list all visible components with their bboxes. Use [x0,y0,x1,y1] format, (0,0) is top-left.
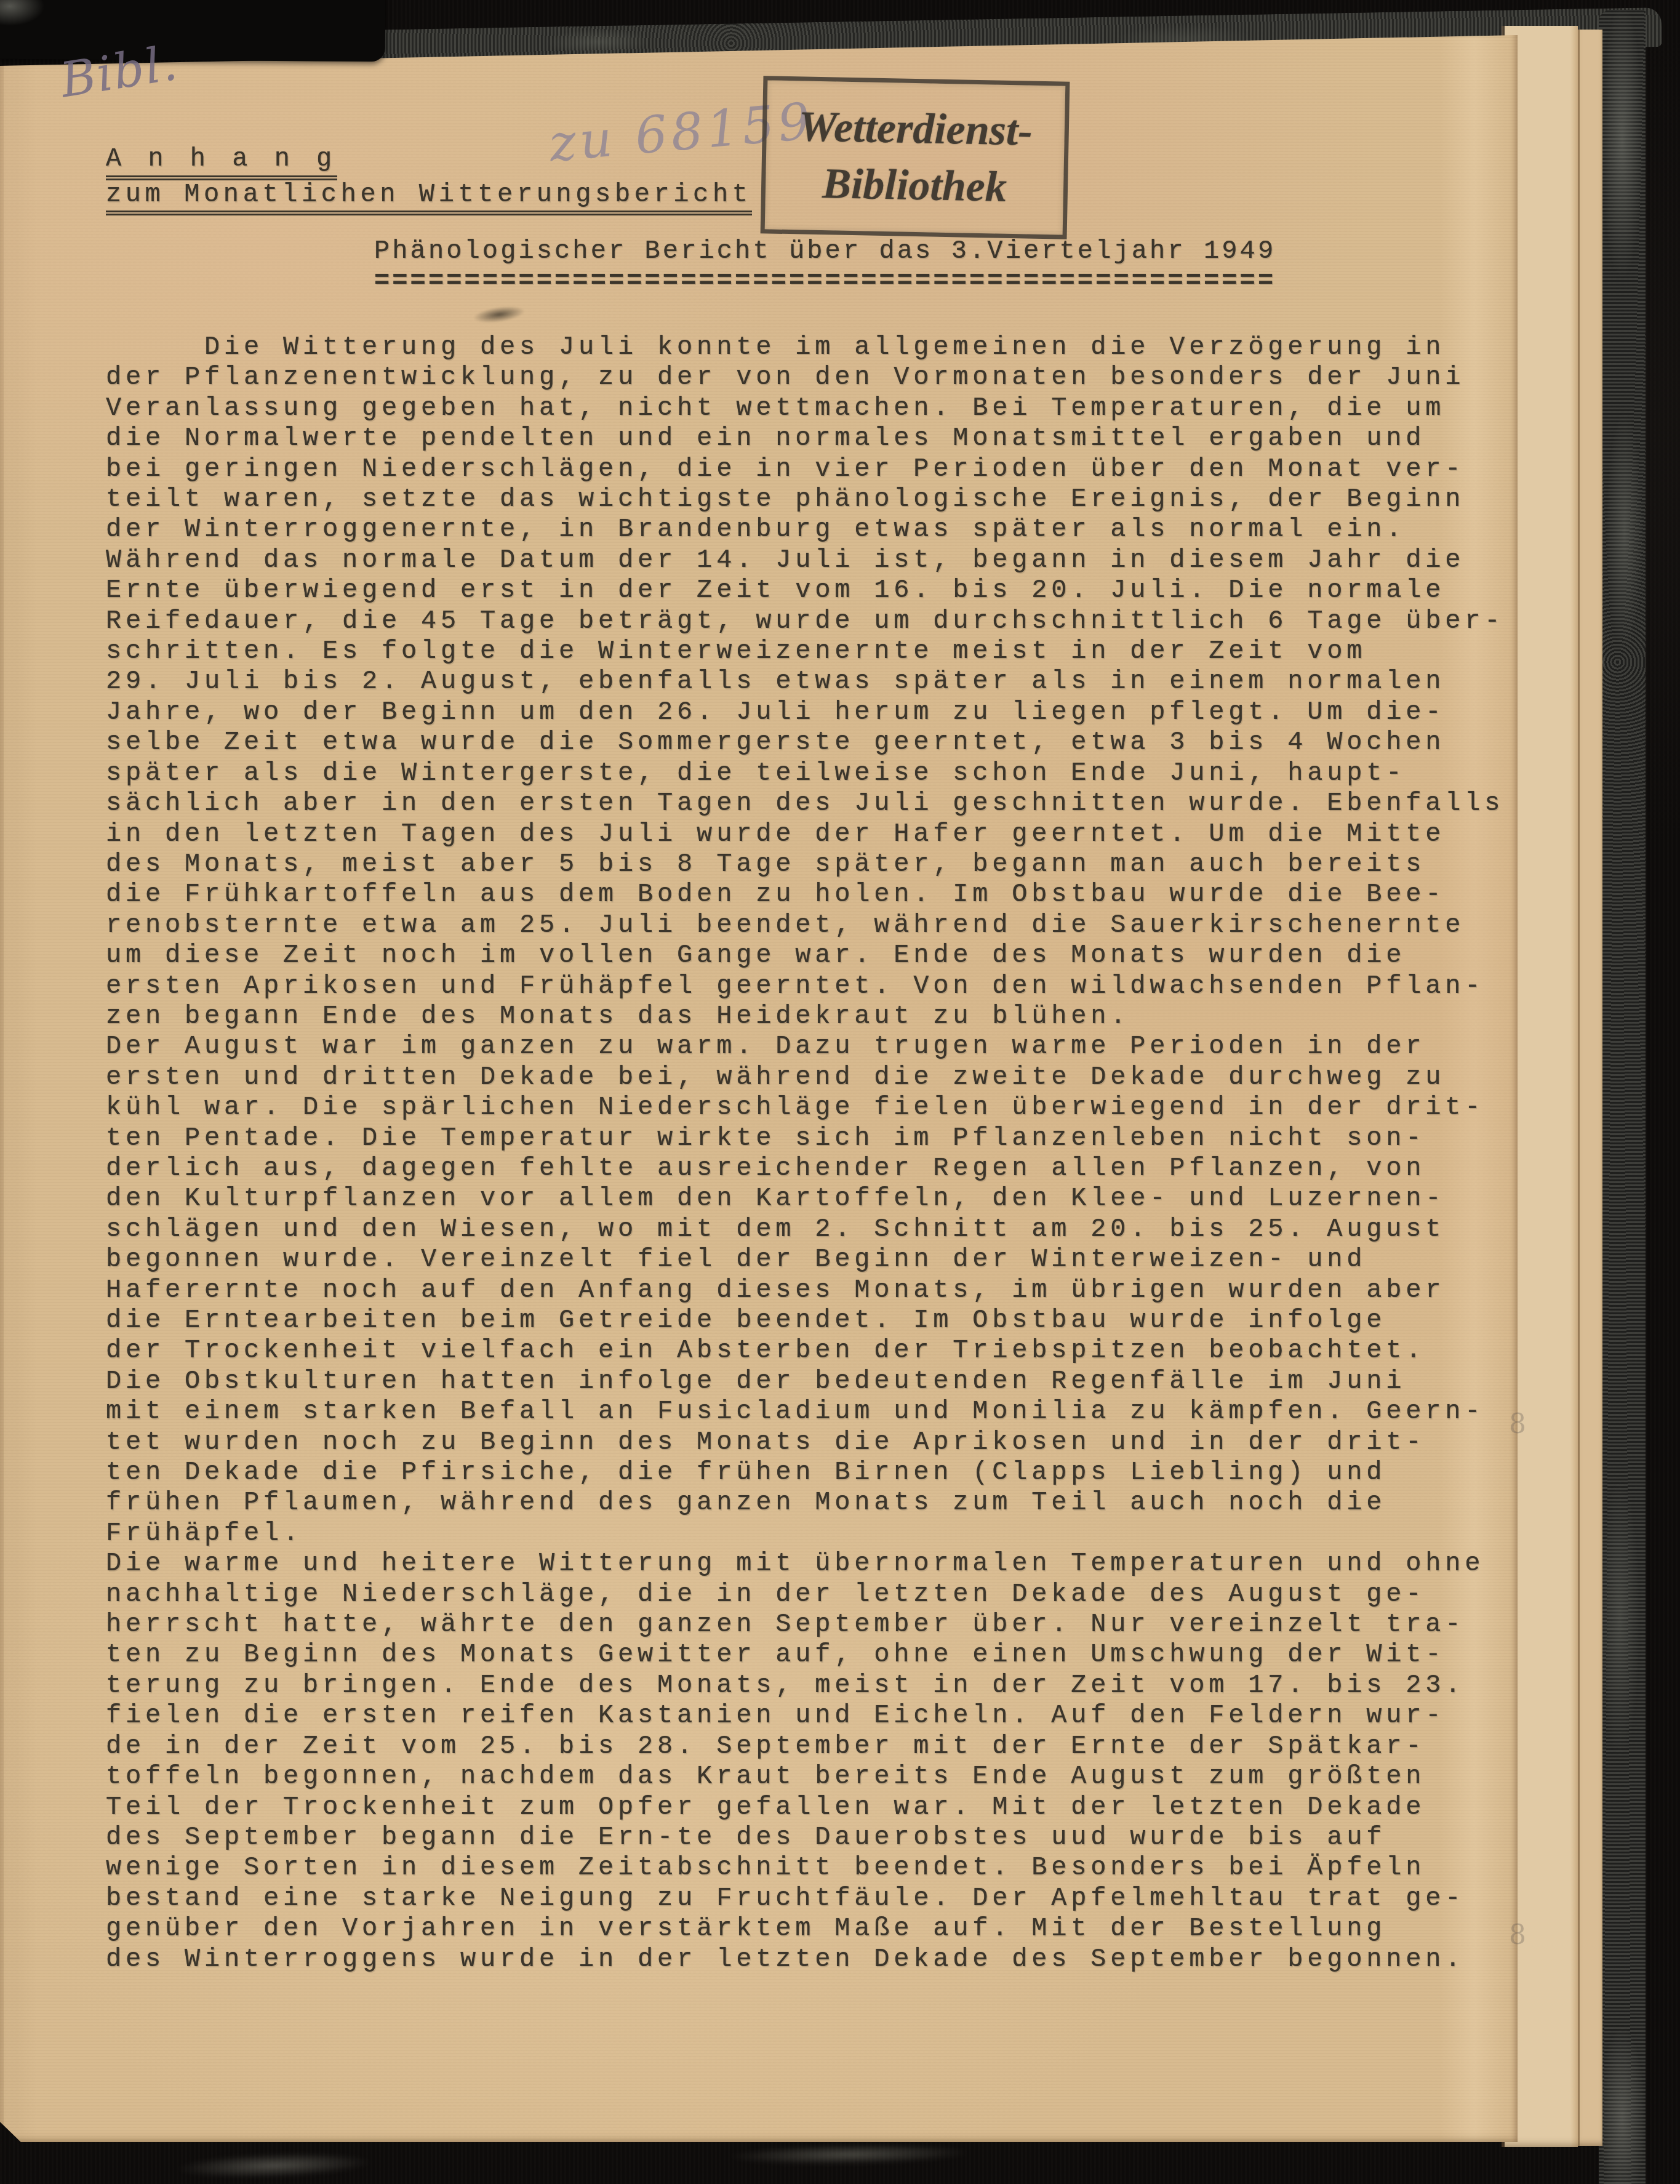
page-stack-edge-inner [1578,30,1602,2146]
header-subtitle: zum Monatlichen Witterungsbericht [106,179,752,215]
library-stamp: Wetterdienst- Bibliothek [761,76,1070,239]
stamp-line-1: Wetterdienst- [798,98,1033,159]
report-body: Die Witterung des Juli konnte im allgeme… [106,332,1521,1975]
bottom-dust-smudge [144,2145,404,2184]
scanned-report-page: Bibl. zu 68159 Wetterdienst- Bibliothek … [0,0,1680,2184]
top-left-dark-block [0,0,385,62]
faint-margin-mark: 8 [1509,1408,1526,1440]
bottom-dust-smudge [689,2138,1010,2170]
book-cover-right-edge [1599,10,1646,2184]
report-title: Phänologischer Bericht über das 3.Vierte… [374,236,1276,266]
header-anhang: A n h a n g [106,143,337,180]
faint-margin-mark: 8 [1509,1919,1526,1951]
title-underline: ========================================… [374,267,1276,296]
stamp-line-2: Bibliothek [822,156,1007,216]
top-left-gray-sliver [0,0,49,31]
